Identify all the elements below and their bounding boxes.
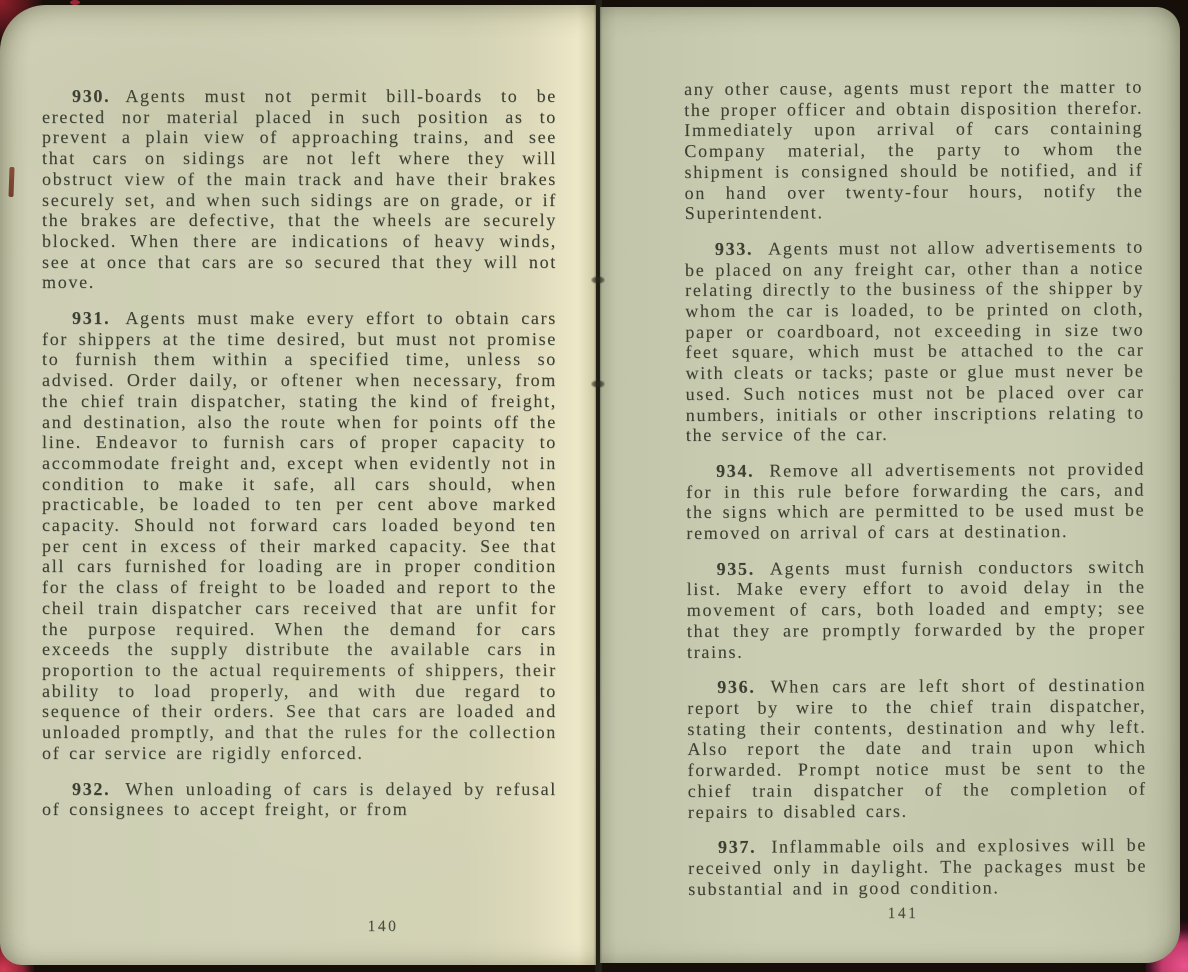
rule-930-number: 930. [72,86,110,106]
rule-931-number: 931. [72,308,110,328]
rule-937-paragraph: 937.Inflammable oils and explosives will… [688,835,1147,900]
rule-934-number: 934. [716,461,754,481]
binding-gutter [594,0,602,972]
rule-936-number: 936. [717,677,755,697]
rule-937-text: Inflammable oils and explosives will be … [688,835,1147,899]
red-margin-mark [8,167,14,197]
left-page-text: 930.Agents must not permit bill-boards t… [42,86,557,835]
rule-936-text: When cars are left short of destination … [687,675,1147,822]
rule-935-paragraph: 935.Agents must furnish conductors switc… [687,556,1147,662]
rule-934-paragraph: 934.Remove all advertisements not provid… [686,459,1145,544]
book-scan: 930.Agents must not permit bill-boards t… [0,0,1188,972]
rule-937-number: 937. [718,837,756,857]
rule-932-paragraph: 932.When unloading of cars is delayed by… [42,779,557,820]
right-page-number: 141 [888,905,919,923]
rule-933-number: 933. [715,239,753,259]
rule-936-paragraph: 936.When cars are left short of destinat… [687,675,1147,822]
rule-932-number: 932. [72,779,110,799]
rule-930-text: Agents must not permit bill-boards to be… [42,86,557,292]
rule-931-text: Agents must make every effort to obtain … [42,308,557,763]
rule-935-text: Agents must furnish conductors switch li… [687,556,1146,661]
rule-931-paragraph: 931.Agents must make every effort to obt… [42,308,557,763]
rule-933-paragraph: 933.Agents must not allow advertisements… [685,237,1145,446]
rule-935-number: 935. [717,558,755,578]
binding-stitch-mark [591,276,605,284]
rule-932-text: When unloading of cars is delayed by ref… [42,779,557,820]
rule-930-paragraph: 930.Agents must not permit bill-boards t… [42,86,557,293]
binding-stitch-mark [591,380,605,388]
rule-933-text: Agents must not allow advertisements to … [685,237,1145,446]
left-page-number: 140 [368,918,399,936]
right-page-text: any other cause, agents must report the … [684,77,1147,915]
rule-934-text: Remove all advertisements not provided f… [686,459,1145,544]
rule-932-continuation: any other cause, agents must report the … [684,77,1144,224]
